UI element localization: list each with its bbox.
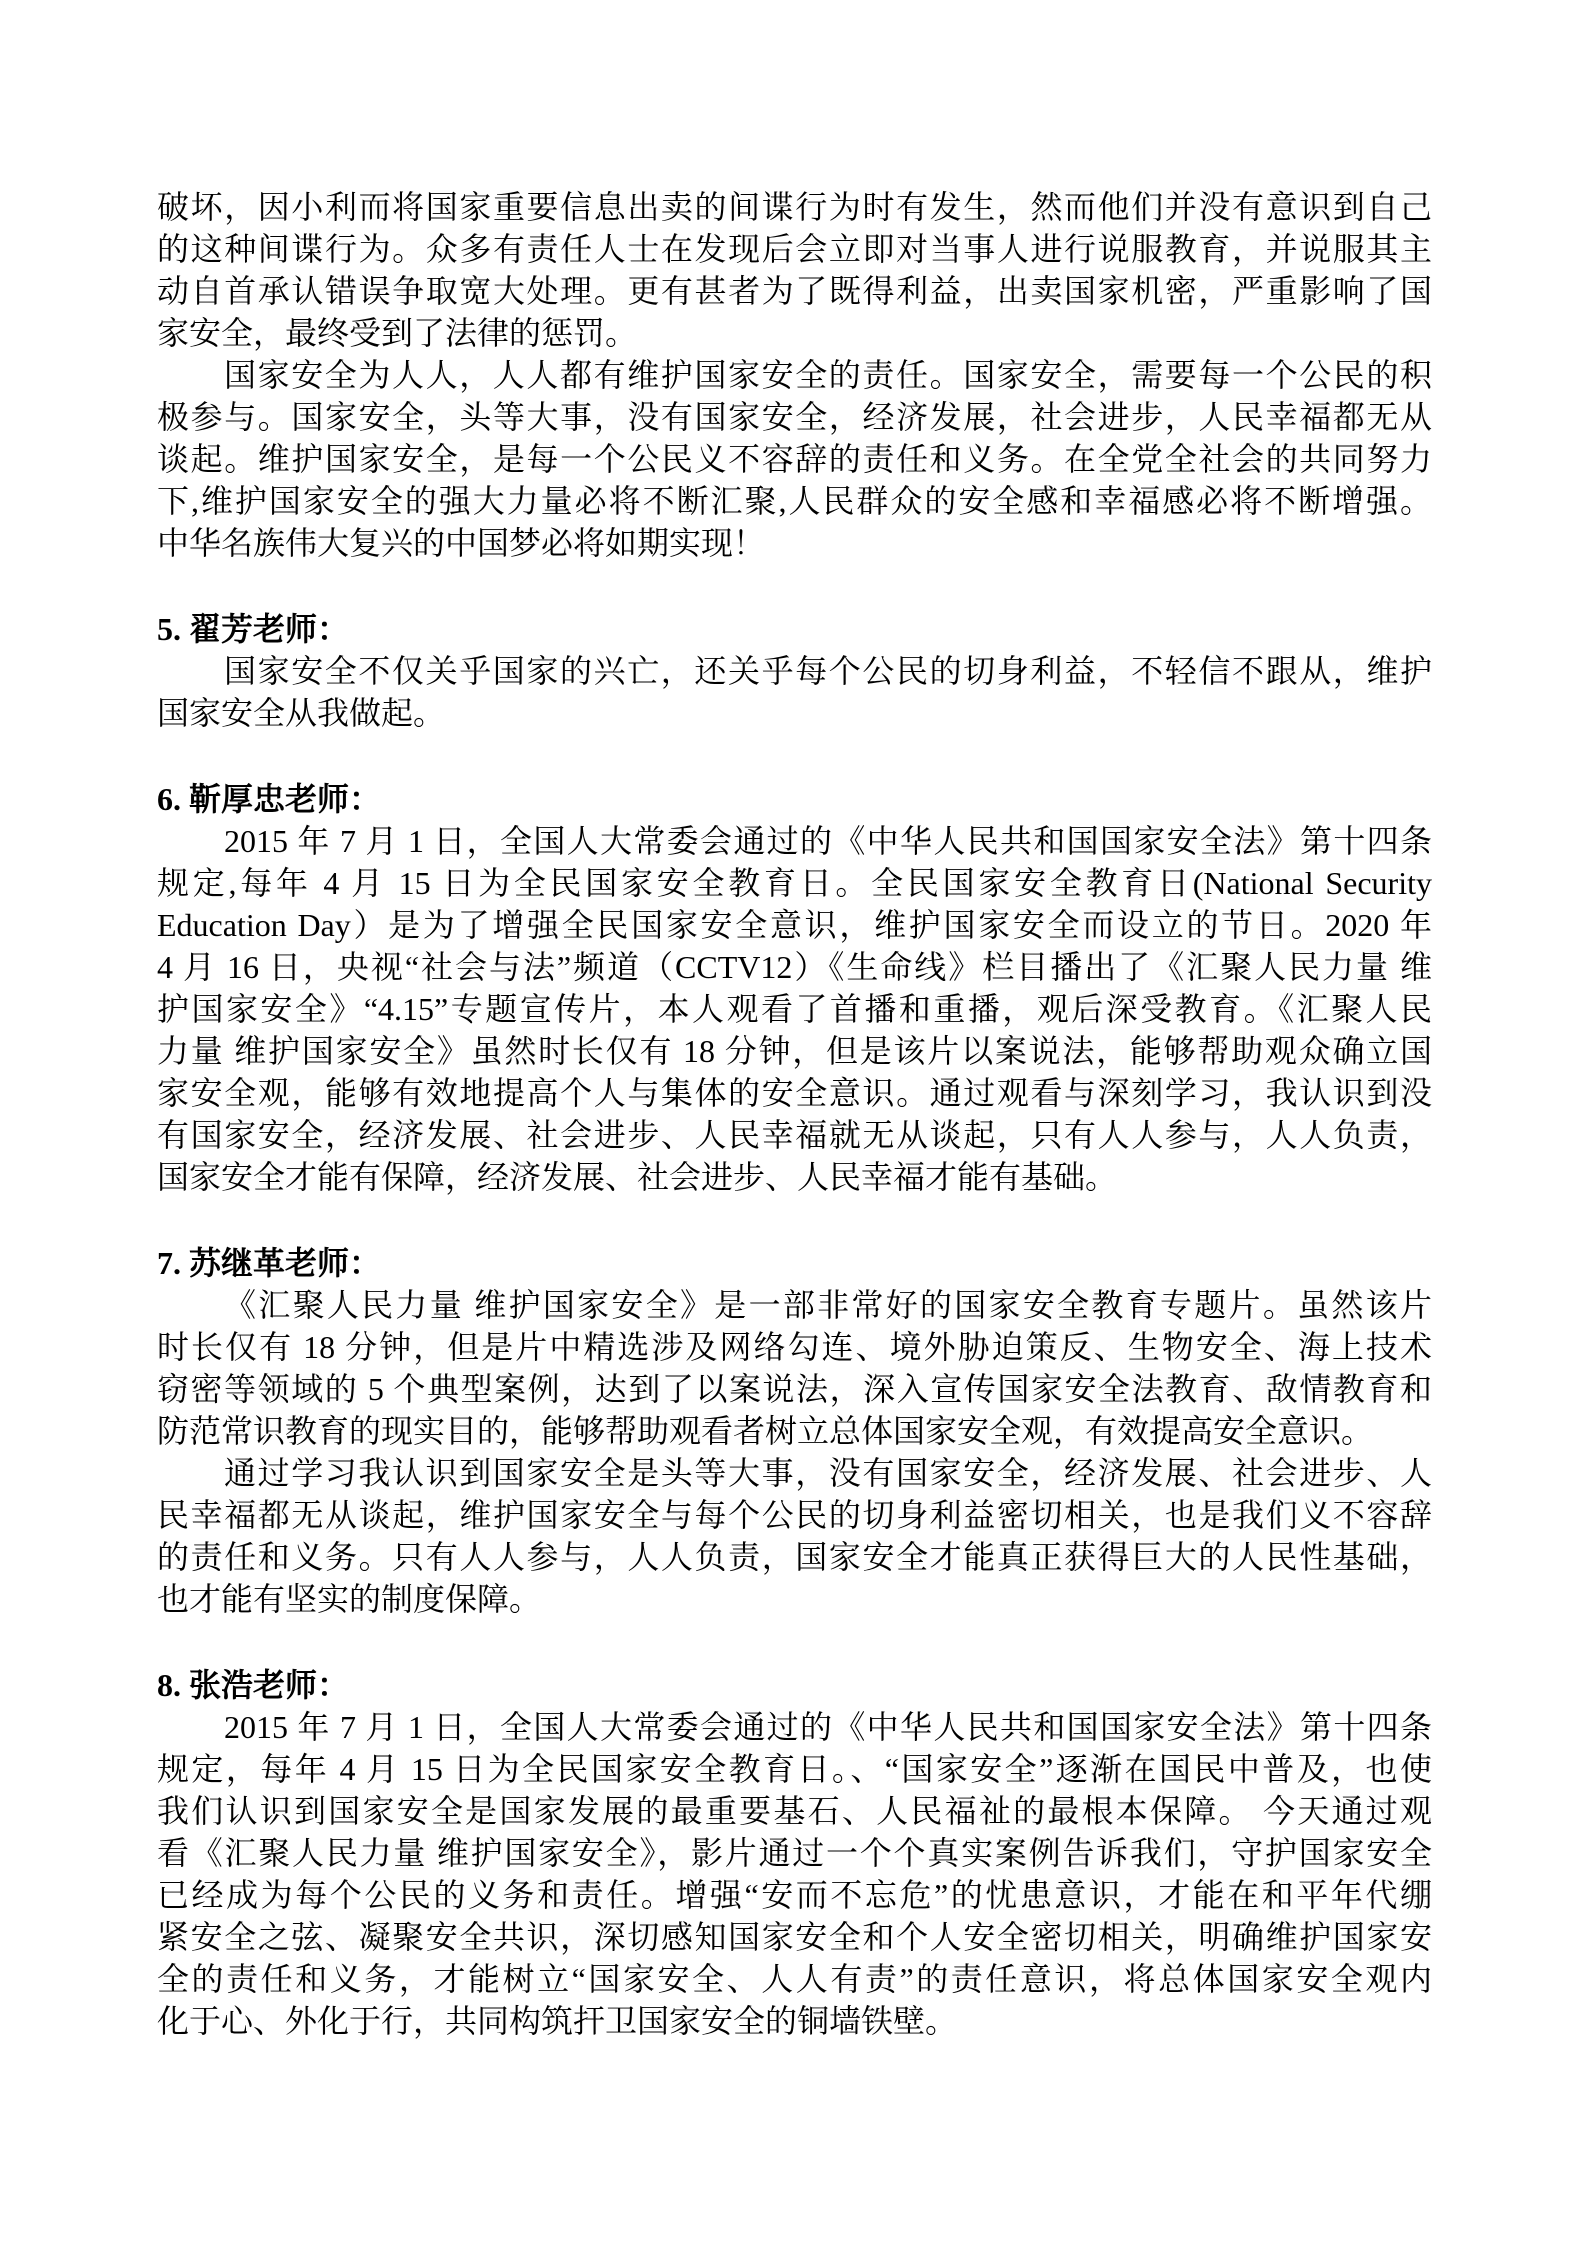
text-line: 力量 维护国家安全》虽然时长仅有 18 分钟，但是该片以案说法，能够帮助观众确立… xyxy=(157,1030,1432,1072)
text-line: 的这种间谍行为。众多有责任人士在发现后会立即对当事人进行说服教育，并说服其主 xyxy=(157,228,1432,270)
text-line: 时长仅有 18 分钟，但是片中精选涉及网络勾连、境外胁迫策反、生物安全、海上技术 xyxy=(157,1326,1432,1368)
text-line: 2015 年 7 月 1 日，全国人大常委会通过的《中华人民共和国国家安全法》第… xyxy=(157,820,1432,862)
text-line: 2015 年 7 月 1 日，全国人大常委会通过的《中华人民共和国国家安全法》第… xyxy=(157,1706,1432,1748)
text-line: 家安全，最终受到了法律的惩罚。 xyxy=(157,312,1432,354)
text-line: 家安全观，能够有效地提高个人与集体的安全意识。通过观看与深刻学习，我认识到没 xyxy=(157,1072,1432,1114)
text-line: 国家安全为人人，人人都有维护国家安全的责任。国家安全，需要每一个公民的积 xyxy=(157,354,1432,396)
text-line: 的责任和义务。只有人人参与，人人负责，国家安全才能真正获得巨大的人民性基础， xyxy=(157,1536,1432,1578)
text-line: 中华名族伟大复兴的中国梦必将如期实现！ xyxy=(157,522,1432,564)
text-line: 规定,每年 4 月 15 日为全民国家安全教育日。全民国家安全教育日(Natio… xyxy=(157,862,1432,904)
text-line: 紧安全之弦、凝聚安全共识，深切感知国家安全和个人安全密切相关，明确维护国家安 xyxy=(157,1916,1432,1958)
text-line: 通过学习我认识到国家安全是头等大事，没有国家安全，经济发展、社会进步、人 xyxy=(157,1452,1432,1494)
text-line: 国家安全不仅关乎国家的兴亡，还关乎每个公民的切身利益，不轻信不跟从，维护 xyxy=(157,650,1432,692)
section-6-paragraph: 2015 年 7 月 1 日，全国人大常委会通过的《中华人民共和国国家安全法》第… xyxy=(157,820,1432,1198)
text-line: 有国家安全，经济发展、社会进步、人民幸福就无从谈起，只有人人参与，人人负责， xyxy=(157,1114,1432,1156)
text-line: 破坏，因小利而将国家重要信息出卖的间谍行为时有发生，然而他们并没有意识到自己 xyxy=(157,186,1432,228)
text-line: 下,维护国家安全的强大力量必将不断汇聚,人民群众的安全感和幸福感必将不断增强。 xyxy=(157,480,1432,522)
section-8-heading: 8. 张浩老师： xyxy=(157,1664,1432,1706)
text-line: 看《汇聚人民力量 维护国家安全》，影片通过一个个真实案例告诉我们，守护国家安全 xyxy=(157,1832,1432,1874)
paragraph-citizen-duty: 国家安全为人人，人人都有维护国家安全的责任。国家安全，需要每一个公民的积 极参与… xyxy=(157,354,1432,564)
text-line: 规定，每年 4 月 15 日为全民国家安全教育日。、“国家安全”逐渐在国民中普及… xyxy=(157,1748,1432,1790)
text-line: Education Day）是为了增强全民国家安全意识，维护国家安全而设立的节日… xyxy=(157,904,1432,946)
text-line: 已经成为每个公民的义务和责任。增强“安而不忘危”的忧患意识，才能在和平年代绷 xyxy=(157,1874,1432,1916)
text-line: 化于心、外化于行，共同构筑扞卫国家安全的铜墙铁壁。 xyxy=(157,2000,1432,2042)
section-7-paragraph-1: 《汇聚人民力量 维护国家安全》是一部非常好的国家安全教育专题片。虽然该片 时长仅… xyxy=(157,1284,1432,1452)
text-line: 谈起。维护国家安全，是每一个公民义不容辞的责任和义务。在全党全社会的共同努力 xyxy=(157,438,1432,480)
document-content: 破坏，因小利而将国家重要信息出卖的间谍行为时有发生，然而他们并没有意识到自己 的… xyxy=(157,186,1432,2042)
document-page: 破坏，因小利而将国家重要信息出卖的间谍行为时有发生，然而他们并没有意识到自己 的… xyxy=(0,0,1587,2245)
text-line: 民幸福都无从谈起，维护国家安全与每个公民的切身利益密切相关，也是我们义不容辞 xyxy=(157,1494,1432,1536)
section-5-heading: 5. 翟芳老师： xyxy=(157,608,1432,650)
text-line: 窃密等领域的 5 个典型案例，达到了以案说法，深入宣传国家安全法教育、敌情教育和 xyxy=(157,1368,1432,1410)
section-6-heading: 6. 靳厚忠老师： xyxy=(157,778,1432,820)
text-line: 国家安全从我做起。 xyxy=(157,692,1432,734)
text-line: 全的责任和义务，才能树立“国家安全、人人有责”的责任意识，将总体国家安全观内 xyxy=(157,1958,1432,2000)
text-line: 防范常识教育的现实目的，能够帮助观看者树立总体国家安全观，有效提高安全意识。 xyxy=(157,1410,1432,1452)
text-line: 极参与。国家安全，头等大事，没有国家安全，经济发展，社会进步，人民幸福都无从 xyxy=(157,396,1432,438)
text-line: 4 月 16 日，央视“社会与法”频道（CCTV12）《生命线》栏目播出了《汇聚… xyxy=(157,946,1432,988)
text-line: 我们认识到国家安全是国家发展的最重要基石、人民福祉的最根本保障。 今天通过观 xyxy=(157,1790,1432,1832)
paragraph-spy-behavior: 破坏，因小利而将国家重要信息出卖的间谍行为时有发生，然而他们并没有意识到自己 的… xyxy=(157,186,1432,354)
section-7-paragraph-2: 通过学习我认识到国家安全是头等大事，没有国家安全，经济发展、社会进步、人 民幸福… xyxy=(157,1452,1432,1620)
text-line: 也才能有坚实的制度保障。 xyxy=(157,1578,1432,1620)
text-line: 护国家安全》“4.15”专题宣传片，本人观看了首播和重播，观后深受教育。《汇聚人… xyxy=(157,988,1432,1030)
section-5-paragraph: 国家安全不仅关乎国家的兴亡，还关乎每个公民的切身利益，不轻信不跟从，维护 国家安… xyxy=(157,650,1432,734)
section-7-heading: 7. 苏继革老师： xyxy=(157,1242,1432,1284)
text-line: 国家安全才能有保障，经济发展、社会进步、人民幸福才能有基础。 xyxy=(157,1156,1432,1198)
text-line: 《汇聚人民力量 维护国家安全》是一部非常好的国家安全教育专题片。虽然该片 xyxy=(157,1284,1432,1326)
text-line: 动自首承认错误争取宽大处理。更有甚者为了既得利益，出卖国家机密，严重影响了国 xyxy=(157,270,1432,312)
section-8-paragraph: 2015 年 7 月 1 日，全国人大常委会通过的《中华人民共和国国家安全法》第… xyxy=(157,1706,1432,2042)
